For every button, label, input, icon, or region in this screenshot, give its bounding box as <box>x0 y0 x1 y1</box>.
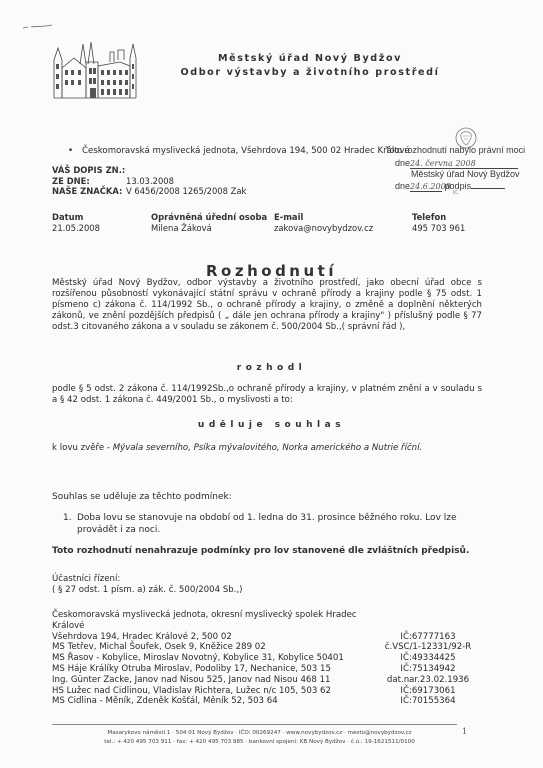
recipient-line: •Českomoravská myslivecká jednota, Všehr… <box>68 146 410 156</box>
town-hall-logo-icon <box>52 38 138 100</box>
stamp-handwritten-date: 24. června 2008 <box>410 159 518 169</box>
stamp-date-row: dne24. června 2008 <box>395 158 518 169</box>
footer-address: Masarykovo náměstí 1 · 504 01 Nový Bydžo… <box>52 729 467 738</box>
page-number: 1 <box>462 727 467 736</box>
signature <box>471 180 505 189</box>
conditions-heading: Souhlas se uděluje za těchto podmínek: <box>52 492 232 502</box>
participant-row: MS Háje Králíky Otruba Miroslav, Podolib… <box>52 664 472 675</box>
participant-row: MS Řasov - Kobylice, Miroslav Novotný, K… <box>52 653 472 664</box>
stamp-office: Městský úřad Nový Bydžov <box>411 169 520 179</box>
reference-block: VÁŠ DOPIS ZN.: ZE DNE:13.03.2008 NAŠE ZN… <box>52 165 246 197</box>
pen-mark-icon <box>22 24 54 30</box>
reference-number: V 6456/2008 1265/2008 Zak <box>126 186 246 197</box>
footer-divider <box>52 724 457 725</box>
note-paragraph: Toto rozhodnutí nenahrazuje podmínky pro… <box>52 546 469 556</box>
legal-basis-paragraph: podle § 5 odst. 2 zákona č. 114/1992Sb.,… <box>52 384 482 406</box>
intro-paragraph: Městský úřad Nový Bydžov, odbor výstavby… <box>52 278 482 333</box>
grant-heading: uděluje souhlas <box>0 420 543 430</box>
office-name: Městský úřad Nový Bydžov <box>180 53 440 64</box>
participant-row: MS Cidlina - Měník, Zdeněk Košťál, Měník… <box>52 696 472 707</box>
stamp-sign-row: dne24.6.2008 podpis <box>395 180 505 192</box>
condition-item: 1. Doba lovu se stanovuje na období od 1… <box>63 513 483 536</box>
decision-heading: rozhodl <box>0 363 543 373</box>
footer-contacts: tel.: + 420 495 703 911 · fax: + 420 495… <box>52 738 467 747</box>
participants-heading: Účastníci řízení: ( § 27 odst. 1 písm. a… <box>52 574 243 596</box>
recipient-address: Českomoravská myslivecká jednota, Všehrd… <box>82 146 410 156</box>
participant-row: Všehrdova 194, Hradec Králové 2, 500 02I… <box>52 632 472 643</box>
scope-paragraph: k lovu zvěře - Mývala severního, Psíka m… <box>52 443 482 454</box>
contact-email: E-mail zakova@novybydzov.cz <box>274 212 373 233</box>
contact-date: Datum 21.05.2008 <box>52 212 100 233</box>
bullet: • <box>68 146 82 156</box>
stamp-initials: IC <box>453 190 458 196</box>
legal-validity-stamp: Toto rozhodnutí nabylo právní moci dne24… <box>383 145 543 195</box>
contact-phone: Telefon 495 703 961 <box>412 212 465 233</box>
species-list: Mývala severního, Psíka mývalovitého, No… <box>113 443 423 453</box>
participant-row: Českomoravská myslivecká jednota, okresn… <box>52 610 472 632</box>
contact-person: Oprávněná úřední osoba Milena Žáková <box>151 212 267 233</box>
participants-list: Českomoravská myslivecká jednota, okresn… <box>52 610 472 707</box>
department-name: Odbor výstavby a životního prostředí <box>180 67 440 78</box>
letter-date: 13.03.2008 <box>126 176 174 187</box>
stamp-title: Toto rozhodnutí nabylo právní moci <box>385 145 525 155</box>
stamp-sign-date: 24.6.2008 <box>410 182 442 192</box>
participant-row: Ing. Günter Zacke, Janov nad Nisou 525, … <box>52 675 472 686</box>
participant-row: HS Lužec nad Cidlinou, Vladislav Richter… <box>52 686 472 697</box>
footer: Masarykovo náměstí 1 · 504 01 Nový Bydžo… <box>52 729 467 747</box>
participant-row: MS Tetřev, Michal Šoufek, Osek 9, Kněžic… <box>52 642 472 653</box>
